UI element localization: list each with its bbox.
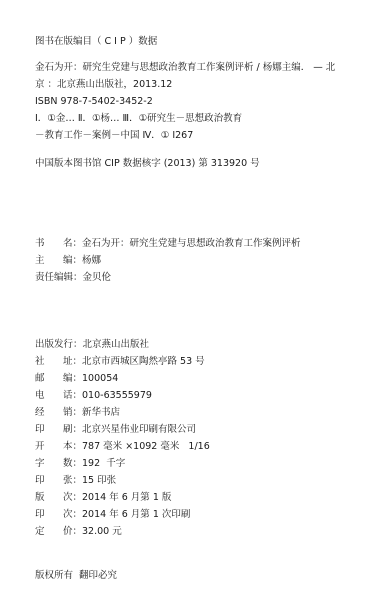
word-count-value: 192 千字 (82, 458, 125, 470)
sheets-row: 印 张： 15 印张 (35, 475, 116, 487)
edition-row: 版 次： 2014 年 6 月第 1 版 (35, 492, 171, 504)
label-char: 编： (63, 255, 82, 267)
label-char: 电 (35, 390, 63, 402)
format-value: 787 毫米 ×1092 毫米 1/16 (82, 441, 210, 453)
printing-row: 印 次： 2014 年 6 月第 1 次印刷 (35, 509, 190, 521)
label-char: 名： (63, 238, 82, 250)
label-char: 销： (63, 407, 82, 419)
label-char: 印 (35, 424, 63, 436)
editor-value: 杨娜 (82, 255, 101, 267)
cip-line: 京 ：北京燕山出版社，2013.12 (35, 79, 172, 91)
label-char: 次： (63, 492, 82, 504)
phone-row: 电 话： 010-63555979 (35, 390, 152, 402)
book-title-value: 金石为开：研究生党建与思想政治教育工作案例评析 (82, 238, 301, 250)
label-char: 址： (63, 356, 82, 368)
label-char: 邮 (35, 373, 63, 385)
label-char: 次： (63, 509, 82, 521)
label-char: 编： (63, 373, 82, 385)
cip-heading: 图书在版编目（ C I P ）数据 (35, 36, 157, 48)
address-row: 社 址： 北京市西城区陶然亭路 53 号 (35, 356, 205, 368)
label-char: 数： (63, 458, 82, 470)
label-char: 印 (35, 509, 63, 521)
word-count-row: 字 数： 192 千字 (35, 458, 125, 470)
label-char: 字 (35, 458, 63, 470)
label-char: 开 (35, 441, 63, 453)
book-title-row: 书 名： 金石为开：研究生党建与思想政治教育工作案例评析 (35, 238, 301, 250)
distributor-row: 经 销： 新华书店 (35, 407, 120, 419)
cip-record-number: 中国版本图书馆 CIP 数据核字 (2013) 第 313920 号 (35, 158, 260, 170)
label-char: 价： (63, 526, 82, 538)
label-char: 印 (35, 475, 63, 487)
responsible-editor-row: 责任编辑： 金贝伦 (35, 272, 111, 284)
label-char: 本： (63, 441, 82, 453)
format-row: 开 本： 787 毫米 ×1092 毫米 1/16 (35, 441, 210, 453)
editor-row: 主 编： 杨娜 (35, 255, 101, 267)
label-char: 刷： (63, 424, 82, 436)
label-char: 主 (35, 255, 63, 267)
sheets-value: 15 印张 (82, 475, 116, 487)
cip-line: 金石为开：研究生党建与思想政治教育工作案例评析 / 杨娜主编． — 北 (35, 62, 335, 74)
label-char: 经 (35, 407, 63, 419)
printer-value: 北京兴星伟业印刷有限公司 (82, 424, 196, 436)
label-char: 定 (35, 526, 63, 538)
printing-value: 2014 年 6 月第 1 次印刷 (82, 509, 190, 521)
phone-value: 010-63555979 (82, 390, 152, 402)
price-row: 定 价： 32.00 元 (35, 526, 122, 538)
edition-value: 2014 年 6 月第 1 版 (82, 492, 171, 504)
cip-line: Ⅰ．①金… Ⅱ．①杨… Ⅲ．①研究生－思想政治教育 (35, 113, 242, 125)
label-char: 版 (35, 492, 63, 504)
distributor-value: 新华书店 (82, 407, 120, 419)
label-char: 社 (35, 356, 63, 368)
label-char: 张： (63, 475, 82, 487)
label-char: 书 (35, 238, 63, 250)
label: 责任编辑： (35, 272, 83, 284)
label-char: 话： (63, 390, 82, 402)
postcode-row: 邮 编： 100054 (35, 373, 118, 385)
label: 出版发行： (35, 339, 83, 351)
responsible-editor-value: 金贝伦 (83, 272, 112, 284)
cip-line: ISBN 978-7-5402-3452-2 (35, 96, 153, 108)
publisher-row: 出版发行： 北京燕山出版社 (35, 339, 149, 351)
address-value: 北京市西城区陶然亭路 53 号 (82, 356, 205, 368)
cip-line: －教育工作－案例－中国 Ⅳ．① I267 (35, 130, 193, 142)
copyright-notice: 版权所有 翻印必究 (35, 570, 117, 582)
printer-row: 印 刷： 北京兴星伟业印刷有限公司 (35, 424, 196, 436)
postcode-value: 100054 (82, 373, 118, 385)
price-value: 32.00 元 (82, 526, 122, 538)
publisher-value: 北京燕山出版社 (83, 339, 150, 351)
